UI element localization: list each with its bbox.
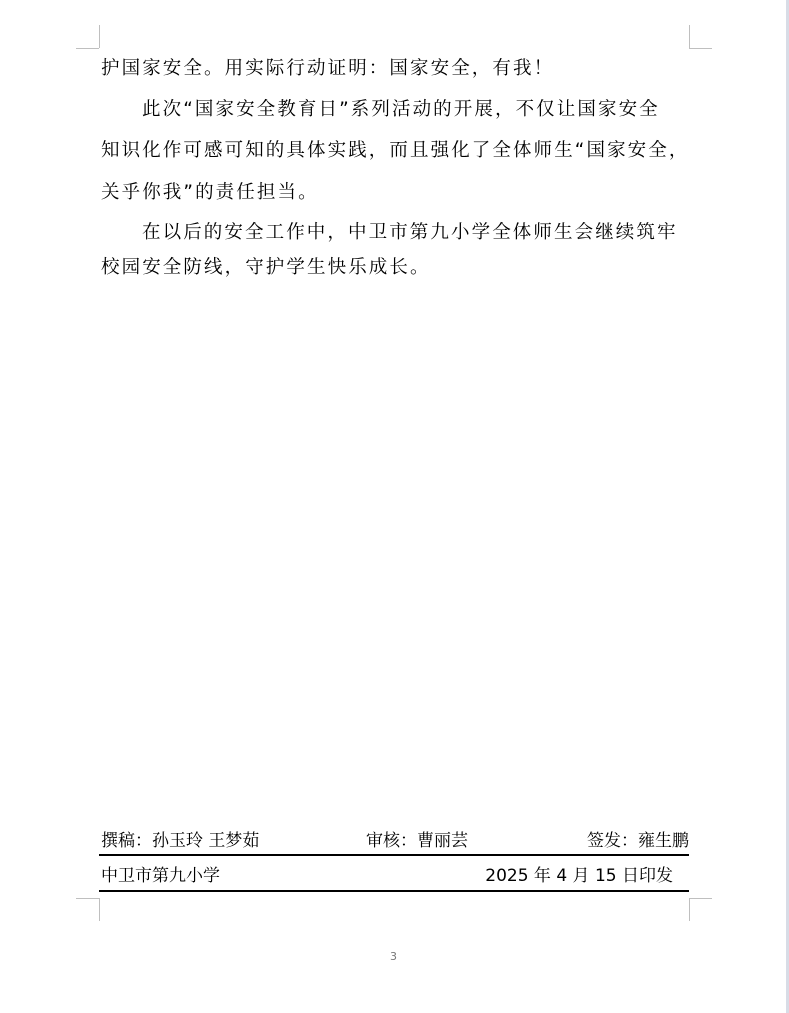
author-credit: 撰稿：孙玉玲 王梦茹 — [101, 830, 259, 852]
page-number: 3 — [390, 950, 397, 963]
body-line: 在以后的安全工作中，中卫市第九小学全体师生会继续筑牢 — [142, 222, 678, 244]
body-line: 护国家安全。用实际行动证明：国家安全，有我！ — [101, 58, 554, 80]
issue-date: 2025 年 4 月 15 日印发 — [485, 865, 673, 887]
organization-name: 中卫市第九小学 — [101, 865, 220, 887]
body-line: 此次“国家安全教育日”系列活动的开展，不仅让国家安全 — [142, 99, 660, 121]
footer-rule-top — [99, 854, 689, 856]
footer-rule-bottom — [99, 890, 689, 892]
body-line: 关乎你我”的责任担当。 — [101, 182, 319, 204]
issuer-credit: 签发：雍生鹏 — [587, 830, 689, 852]
document-page: 护国家安全。用实际行动证明：国家安全，有我！ 此次“国家安全教育日”系列活动的开… — [0, 0, 786, 1013]
body-line: 校园安全防线，守护学生快乐成长。 — [101, 257, 431, 279]
body-line: 知识化作可感可知的具体实践，而且强化了全体师生“国家安全， — [101, 140, 690, 162]
reviewer-credit: 审核：曹丽芸 — [366, 830, 468, 852]
